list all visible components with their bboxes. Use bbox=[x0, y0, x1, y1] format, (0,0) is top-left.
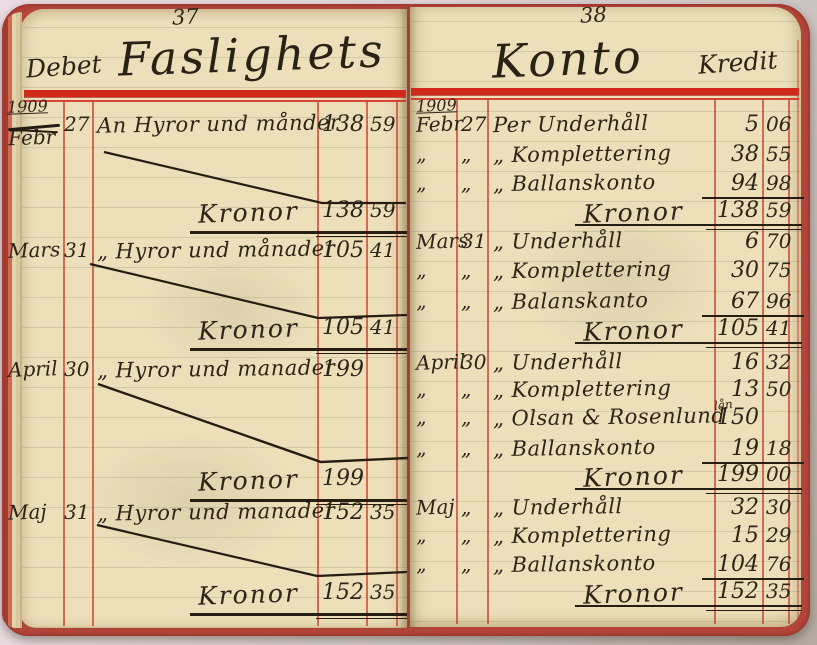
amount-kronor-cell: 138 bbox=[314, 112, 364, 137]
amount-kronor-cell: 16 bbox=[708, 350, 759, 375]
amount-kronor-cell: 104 bbox=[708, 552, 759, 577]
month-cell: „ bbox=[416, 405, 427, 429]
description-cell: „ Komplettering bbox=[493, 522, 672, 548]
sum-label: Kronor bbox=[198, 196, 300, 229]
amount-kronor-cell: 199 bbox=[314, 357, 364, 382]
day-cell: 31 bbox=[64, 500, 89, 524]
sum-kronor-cell: 138 bbox=[708, 198, 759, 223]
day-cell: „ bbox=[461, 436, 471, 460]
day-cell: 31 bbox=[64, 238, 89, 262]
day-cell: 30 bbox=[461, 350, 486, 374]
description-cell: „ Komplettering bbox=[493, 141, 672, 167]
day-cell: „ bbox=[461, 552, 471, 576]
sum-underline-double bbox=[706, 493, 802, 495]
amount-ore-cell: 96 bbox=[766, 289, 791, 313]
rule-off-line bbox=[104, 152, 406, 203]
description-cell: „ Underhåll bbox=[493, 494, 623, 520]
sum-underline bbox=[190, 613, 407, 616]
description-cell: „ Ballanskonto bbox=[493, 435, 656, 461]
amount-ore-cell: 18 bbox=[766, 436, 791, 460]
description-cell: „ Underhåll bbox=[493, 228, 623, 254]
amount-ore-cell: 76 bbox=[766, 552, 791, 576]
ledger-book-photo: 37 38 Debet Faslighets Konto Kredit 1909… bbox=[0, 0, 817, 645]
rule-off-lines bbox=[0, 0, 817, 645]
month-cell: „ bbox=[416, 552, 427, 576]
month-cell: „ bbox=[416, 171, 427, 195]
description-cell: An Hyror und månder bbox=[97, 110, 341, 137]
amount-ore-cell: 75 bbox=[766, 258, 791, 282]
sum-underline bbox=[190, 231, 407, 234]
amount-kronor-cell: 38 bbox=[708, 142, 759, 167]
amount-kronor-cell: 5 bbox=[708, 112, 759, 137]
month-cell: Mars bbox=[8, 237, 61, 263]
sum-label: Kronor bbox=[198, 578, 300, 611]
sum-ore-cell: 35 bbox=[766, 579, 791, 603]
amount-kronor-cell: 19 bbox=[708, 436, 759, 461]
amount-ore-cell: 70 bbox=[766, 229, 791, 253]
description-cell: „ Ballanskonto bbox=[493, 170, 656, 196]
sum-kronor-cell: 152 bbox=[708, 579, 759, 604]
sum-kronor-cell: 105 bbox=[314, 315, 364, 340]
amount-ore-cell: 98 bbox=[766, 171, 791, 195]
amount-kronor-cell: 150 bbox=[708, 405, 759, 430]
month-cell: April bbox=[416, 349, 466, 375]
description-cell: „ Hyror und manader bbox=[97, 498, 335, 525]
amount-kronor-cell: 152 bbox=[314, 500, 364, 525]
amount-ore-cell: 30 bbox=[766, 495, 791, 519]
month-cell: „ bbox=[416, 377, 427, 401]
day-cell: 30 bbox=[64, 357, 89, 381]
description-cell: „ Komplettering bbox=[493, 257, 672, 283]
rule-off-line bbox=[97, 525, 407, 576]
sum-kronor-cell: 199 bbox=[314, 466, 364, 491]
sum-underline bbox=[575, 488, 802, 490]
day-cell: „ bbox=[461, 258, 471, 282]
description-cell: „ Komplettering bbox=[493, 376, 672, 402]
amount-kronor-cell: 94 bbox=[708, 171, 759, 196]
month-cell: „ bbox=[416, 142, 427, 166]
amount-kronor-cell: 30 bbox=[708, 258, 759, 283]
sum-underline bbox=[190, 348, 407, 351]
month-cell: April bbox=[8, 356, 58, 382]
sum-underline bbox=[575, 605, 802, 607]
amount-ore-cell: 50 bbox=[766, 377, 791, 401]
sum-ore-cell: 41 bbox=[370, 315, 395, 339]
amount-ore-cell: 32 bbox=[766, 350, 791, 374]
sum-kronor-cell: 152 bbox=[314, 580, 364, 605]
month-cell: „ bbox=[416, 258, 427, 282]
sum-underline-double bbox=[706, 610, 802, 612]
month-cell: Maj bbox=[8, 499, 47, 524]
amount-ore-cell: 35 bbox=[370, 500, 395, 524]
sum-underline bbox=[575, 224, 802, 226]
amount-ore-cell: 55 bbox=[766, 142, 791, 166]
sum-underline-double bbox=[706, 347, 802, 349]
sum-ore-cell: 35 bbox=[370, 580, 395, 604]
month-cell: „ bbox=[416, 289, 427, 313]
description-cell: „ Balanskanto bbox=[493, 288, 649, 314]
month-cell: „ bbox=[416, 436, 427, 460]
amount-ore-cell: 41 bbox=[370, 238, 395, 262]
sum-label: Kronor bbox=[198, 464, 300, 497]
sum-ore-cell: 59 bbox=[370, 198, 395, 222]
month-cell: Febr bbox=[416, 111, 464, 137]
sum-underline-double bbox=[316, 353, 407, 355]
amount-kronor-cell: 15 bbox=[708, 523, 759, 548]
day-cell: 27 bbox=[461, 112, 486, 136]
description-cell: „ Hyror und månader bbox=[97, 236, 335, 263]
month-cell: „ bbox=[416, 523, 427, 547]
day-cell: „ bbox=[461, 171, 471, 195]
amount-ore-cell: 06 bbox=[766, 112, 791, 136]
amount-kronor-cell: 67 bbox=[708, 289, 759, 314]
day-cell: „ bbox=[461, 495, 471, 519]
sum-underline-double bbox=[316, 618, 407, 620]
amount-kronor-cell: 32 bbox=[708, 495, 759, 520]
day-cell: „ bbox=[461, 523, 471, 547]
description-cell: „ Hyror und manader bbox=[97, 355, 335, 382]
day-cell: „ bbox=[461, 289, 471, 313]
sum-kronor-cell: 105 bbox=[708, 316, 759, 341]
day-cell: „ bbox=[461, 142, 471, 166]
month-cell: Maj bbox=[416, 494, 455, 519]
day-cell: 27 bbox=[64, 112, 89, 136]
amount-kronor-cell: 105 bbox=[314, 238, 364, 263]
sum-ore-cell: 41 bbox=[766, 316, 791, 340]
sum-kronor-cell: 138 bbox=[314, 198, 364, 223]
day-cell: 31 bbox=[461, 229, 486, 253]
sum-label: Kronor bbox=[198, 313, 300, 346]
description-cell: „ Underhåll bbox=[493, 349, 623, 375]
rule-off-line bbox=[90, 264, 407, 318]
day-cell: „ bbox=[461, 377, 471, 401]
amount-kronor-cell: 6 bbox=[708, 229, 759, 254]
sum-ore-cell: 59 bbox=[766, 198, 791, 222]
day-cell: „ bbox=[461, 405, 471, 429]
sum-ore-cell: 00 bbox=[766, 462, 791, 486]
amount-ore-cell: 29 bbox=[766, 523, 791, 547]
description-cell: „ Ballanskonto bbox=[493, 551, 656, 577]
sum-underline bbox=[575, 342, 802, 344]
amount-ore-cell: 59 bbox=[370, 112, 395, 136]
description-cell: Per Underhåll bbox=[493, 111, 649, 137]
rule-off-line bbox=[98, 384, 408, 462]
description-cell: „ Olsan & Rosenlund bbox=[493, 403, 726, 430]
sum-kronor-cell: 199 bbox=[708, 462, 759, 487]
